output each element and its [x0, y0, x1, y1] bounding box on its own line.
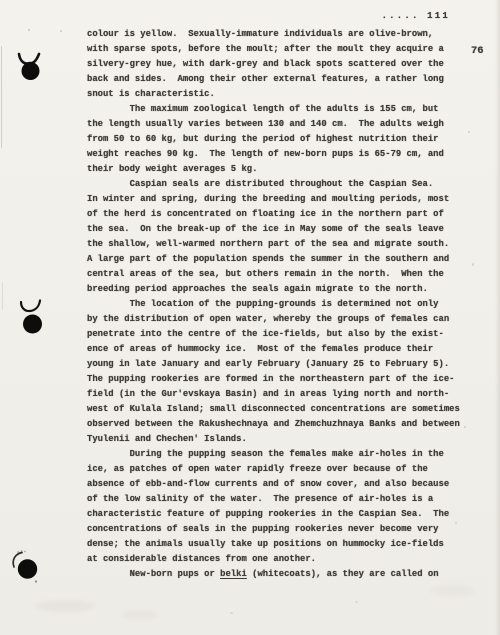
text-line: of the low salinity of the water. The pr…: [87, 492, 460, 507]
header-continuation-marker: ..... 111: [382, 11, 450, 21]
scan-smudge: [430, 585, 475, 597]
scan-speck: [455, 522, 457, 524]
text-line: the length usually varies between 130 an…: [87, 117, 460, 132]
text-line: penetrate into the centre of the ice-fie…: [87, 327, 460, 342]
scan-speck: [355, 601, 358, 603]
scan-speck: [468, 131, 470, 133]
scan-edge-shading: [495, 0, 500, 635]
scan-smudge: [120, 610, 160, 620]
text-line: colour is yellow. Sexually-immature indi…: [87, 27, 460, 42]
text-line: concentrations of seals in the pupping r…: [87, 522, 460, 537]
text-line: from 50 to 60 kg, but during the period …: [87, 132, 460, 147]
text-line: During the pupping season the females ma…: [87, 447, 460, 462]
underlined-term: belki: [220, 569, 247, 579]
text-line: Caspian seals are distributed throughout…: [87, 177, 460, 192]
scan-speck: [60, 30, 62, 32]
scan-speck: [472, 263, 474, 266]
text-line: by the distribution of open water, where…: [87, 312, 460, 327]
text-line: silvery-grey hue, with dark-grey and bla…: [87, 57, 460, 72]
text-line: field (in the Gur'evskaya Basin) and in …: [87, 387, 460, 402]
text-line: absence of ebb-and-flow currents and of …: [87, 477, 460, 492]
text-line: characteristic feature of pupping rooker…: [87, 507, 460, 522]
page-number: 76: [471, 45, 484, 57]
ink-blot-icon: [16, 297, 44, 339]
scan-smudge: [35, 600, 95, 612]
scan-edge-line: [2, 282, 3, 310]
text-line: dense; the animals usually take up posit…: [87, 537, 460, 552]
text-line: weight reaches 90 kg. The length of new-…: [87, 147, 460, 162]
scan-edge-line: [1, 46, 2, 148]
text-line-with-underline: New-born pups or belki (whitecoats), as …: [87, 567, 460, 582]
text-line: back and sides. Among their other extern…: [87, 72, 460, 87]
text-line: with sparse spots, before the moult; aft…: [87, 42, 460, 57]
text-line: In winter and spring, during the breedin…: [87, 192, 460, 207]
text-line: young in late January and early February…: [87, 357, 460, 372]
ink-blot-icon: [16, 50, 44, 84]
scan-speck: [230, 612, 233, 614]
text-line: A large part of the population spends th…: [87, 252, 460, 267]
text-line: of the herd is concentrated on floating …: [87, 207, 460, 222]
scan-speck: [464, 426, 466, 428]
text-line: central areas of the sea, but others rem…: [87, 267, 460, 282]
text-segment: New-born pups or: [87, 569, 220, 579]
text-line: The maximum zoological length of the adu…: [87, 102, 460, 117]
text-segment: (whitecoats), as they are called on: [247, 569, 439, 579]
text-line: ice, as patches of open water rapidly fr…: [87, 462, 460, 477]
ink-blot-icon: [10, 545, 44, 587]
scanned-document-page: ..... 111 76 colour is yellow. Sexually-…: [0, 0, 500, 635]
text-line: Tyulenii and Chechen' Islands.: [87, 432, 460, 447]
text-line: their body weight averages 5 kg.: [87, 162, 460, 177]
text-line: the sea. On the break-up of the ice in M…: [87, 222, 460, 237]
scan-speck: [28, 29, 30, 31]
document-body: colour is yellow. Sexually-immature indi…: [87, 27, 460, 582]
text-line: The pupping rookeries are formed in the …: [87, 372, 460, 387]
text-line: west of Kulala Island; small disconnecte…: [87, 402, 460, 417]
text-line: observed between the Rakushechnaya and Z…: [87, 417, 460, 432]
text-line: The location of the pupping-grounds is d…: [87, 297, 460, 312]
text-line: breeding period approaches the seals aga…: [87, 282, 460, 297]
text-line: at considerable distances from one anoth…: [87, 552, 460, 567]
text-line: ence of areas of hummocky ice. Most of t…: [87, 342, 460, 357]
text-line: snout is characteristic.: [87, 87, 460, 102]
text-line: the shallow, well-warmed northern part o…: [87, 237, 460, 252]
